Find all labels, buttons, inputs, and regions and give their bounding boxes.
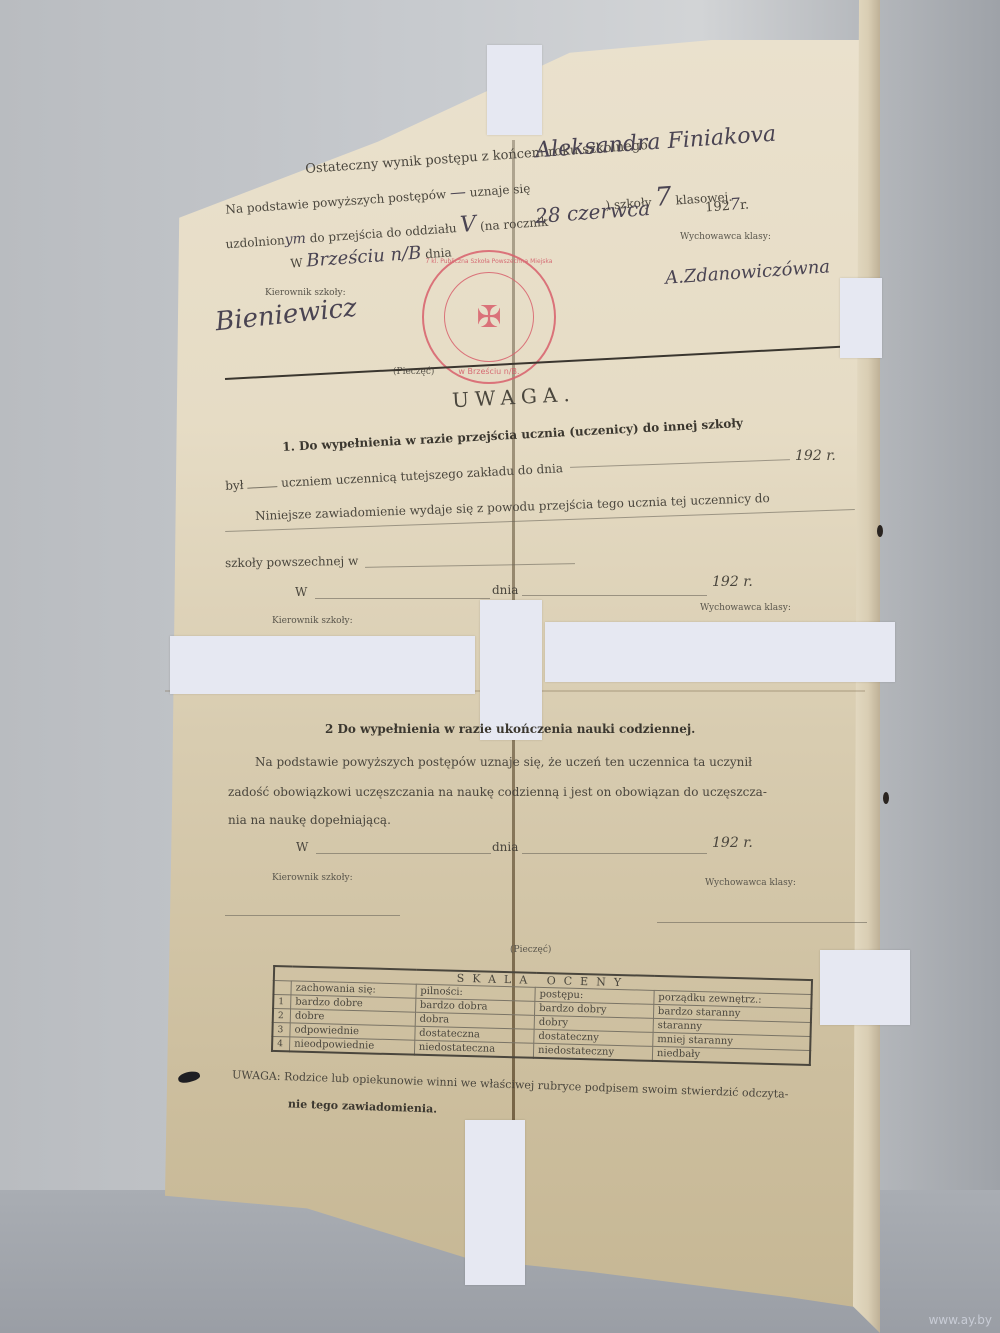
year-line: 1927r. [704,193,749,215]
section2-year-suffix: r. [743,835,753,851]
scale-row-num: 2 [273,1008,291,1022]
footer-note-label: UWAGA: [232,1068,281,1083]
scale-num-header [273,980,291,994]
section2-principal-signature-line [225,915,400,916]
tape-strip-top [487,45,542,135]
section2-year-number: 192 [712,835,739,851]
handwritten-suffix: ym [284,231,306,248]
section1-place: W [295,585,307,599]
result-line-2-prefix: uzdolnion [225,233,285,251]
grading-scale-table: SKALA OCENY zachowania się: pilności: po… [271,965,813,1066]
tape-strip-bottom [465,1120,525,1285]
section2-place-line [316,853,491,854]
section2-year: 192 r. [712,835,753,851]
school-text: szkoły powszechnej w [225,554,359,570]
tape-strip-center-vertical [480,600,542,740]
section2-para-line3: nia na naukę dopełniającą. [228,813,391,827]
section2-date-line [522,853,707,854]
binder-hole-upper [877,525,883,537]
binder-hole-lower [883,792,889,804]
tape-strip-right-lower [820,950,910,1025]
place-prefix: W [290,256,303,271]
byl-label: był [225,478,244,493]
section2-place: W [296,840,308,854]
section1-date-blank [522,595,707,596]
handwritten-dash: — [449,182,466,202]
tape-strip-right-middle [545,622,895,682]
teacher-label: Wychowawca klasy: [680,232,771,242]
year-handwritten: 7 [729,194,740,214]
stamp-ring-text-top: 7 kl. Publiczna Szkoła Powszechna Miejsk… [424,258,554,265]
section2-teacher-signature-line [657,922,867,923]
scale-cell: niedbały [652,1046,810,1065]
section1-teacher-label: Wychowawca klasy: [700,603,791,613]
scale-row-num: 4 [272,1036,290,1051]
tape-strip-left-middle [170,636,475,694]
section2-teacher-label: Wychowawca klasy: [705,878,796,888]
section1-date-label: dnia [492,583,518,597]
result-line-1-mid: uznaje się [469,181,531,199]
scale-cell: niedostateczny [533,1043,652,1061]
section1-year: 192 r. [795,448,836,464]
tape-strip-right-upper [840,278,882,358]
stamp-inner-ring: ✠ [444,272,534,362]
section2-heading: 2 Do wypełnienia w razie ukończenia nauk… [325,722,695,736]
section2-seal-label: (Pieczęć) [510,945,551,955]
section2-date-label: dnia [492,840,518,854]
section1-year-number: 192 [795,448,822,464]
school-class-handwritten: 7 [654,182,673,213]
section2-para-line1: Na podstawie powyższych postępów uznaje … [255,755,752,769]
section1-place-line [315,598,490,599]
section1-year-2-number: 192 [712,574,739,590]
scale-cell: niedostateczna [414,1040,534,1058]
section1-year-2: 192 r. [712,574,753,590]
year-suffix: r. [740,197,750,213]
scale-row-num: 1 [273,994,291,1008]
section2-para-line2: zadość obowiązkowi uczęszczania na naukę… [228,785,767,799]
section1-year-2-suffix: r. [743,574,753,590]
grade-handwritten: V [459,212,477,238]
scale-row-num: 3 [272,1022,290,1036]
scale-cell: nieodpowiednie [289,1037,414,1055]
year-printed: 192 [705,199,731,216]
section1-year-suffix: r. [826,448,836,464]
section2-principal-label: Kierownik szkoły: [272,873,353,883]
watermark: www.ay.by [929,1313,992,1327]
byl-blank [248,486,278,489]
eagle-emblem-icon: ✠ [476,300,501,335]
section1-principal-label: Kierownik szkoły: [272,616,353,626]
